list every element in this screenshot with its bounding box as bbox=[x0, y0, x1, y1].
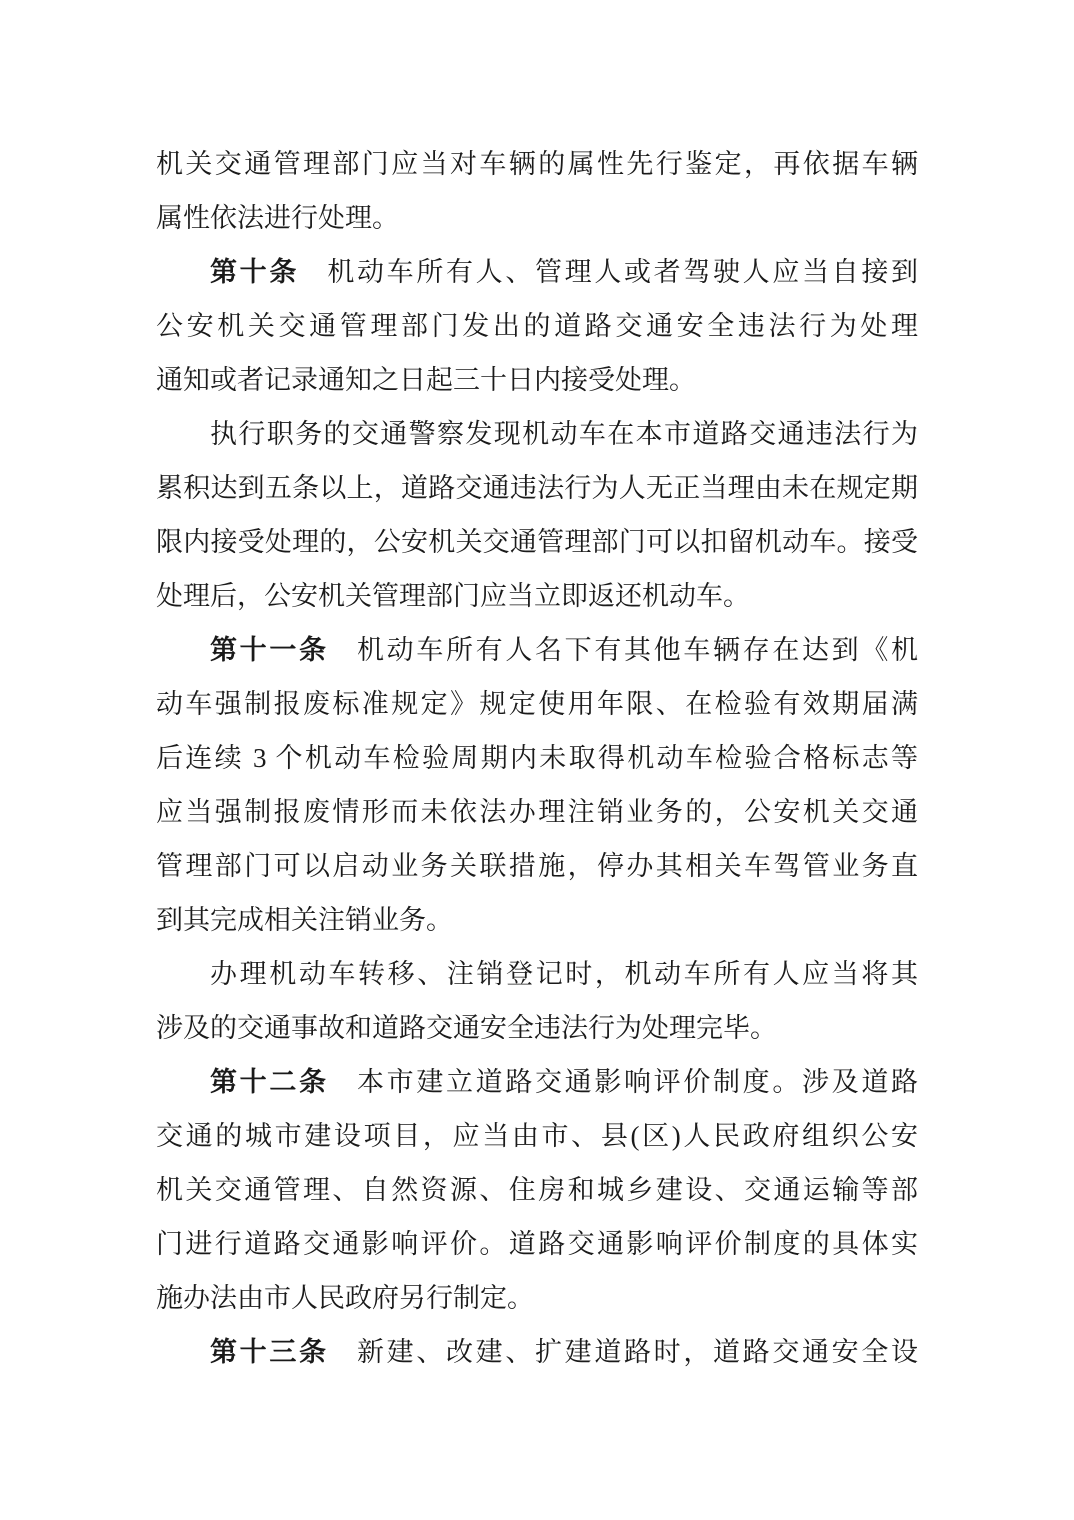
document-body: 机关交通管理部门应当对车辆的属性先行鉴定，再依据车辆属性依法进行处理。第十条机动… bbox=[156, 137, 918, 1379]
text-line: 第十二条本市建立道路交通影响评价制度。涉及道路 bbox=[156, 1055, 918, 1109]
text-line: 属性依法进行处理。 bbox=[156, 191, 918, 245]
text-line: 管理部门可以启动业务关联措施，停办其相关车驾管业务直 bbox=[156, 839, 918, 893]
text-line: 第十三条新建、改建、扩建道路时，道路交通安全设 bbox=[156, 1325, 918, 1379]
text-line: 涉及的交通事故和道路交通安全违法行为处理完毕。 bbox=[156, 1001, 918, 1055]
text-line: 限内接受处理的，公安机关交通管理部门可以扣留机动车。接受 bbox=[156, 515, 918, 569]
text-line: 办理机动车转移、注销登记时，机动车所有人应当将其 bbox=[156, 947, 918, 1001]
text-line: 公安机关交通管理部门发出的道路交通安全违法行为处理 bbox=[156, 299, 918, 353]
text-line: 机关交通管理部门应当对车辆的属性先行鉴定，再依据车辆 bbox=[156, 137, 918, 191]
article-number: 第十条 bbox=[210, 257, 299, 287]
text-line: 通知或者记录通知之日起三十日内接受处理。 bbox=[156, 353, 918, 407]
text-line: 处理后，公安机关管理部门应当立即返还机动车。 bbox=[156, 569, 918, 623]
text-line: 动车强制报废标准规定》规定使用年限、在检验有效期届满 bbox=[156, 677, 918, 731]
text-line: 第十条机动车所有人、管理人或者驾驶人应当自接到 bbox=[156, 245, 918, 299]
text-line: 机关交通管理、自然资源、住房和城乡建设、交通运输等部 bbox=[156, 1163, 918, 1217]
article-number: 第十三条 bbox=[210, 1337, 329, 1367]
text-line: 应当强制报废情形而未依法办理注销业务的，公安机关交通 bbox=[156, 785, 918, 839]
text-line: 后连续 3 个机动车检验周期内未取得机动车检验合格标志等 bbox=[156, 731, 918, 785]
text-line: 施办法由市人民政府另行制定。 bbox=[156, 1271, 918, 1325]
article-number: 第十二条 bbox=[210, 1067, 329, 1097]
text-line: 交通的城市建设项目，应当由市、县(区)人民政府组织公安 bbox=[156, 1109, 918, 1163]
text-line: 门进行道路交通影响评价。道路交通影响评价制度的具体实 bbox=[156, 1217, 918, 1271]
text-line: 第十一条机动车所有人名下有其他车辆存在达到《机 bbox=[156, 623, 918, 677]
article-number: 第十一条 bbox=[210, 635, 329, 665]
document-page: 机关交通管理部门应当对车辆的属性先行鉴定，再依据车辆属性依法进行处理。第十条机动… bbox=[0, 0, 1074, 1520]
text-line: 执行职务的交通警察发现机动车在本市道路交通违法行为 bbox=[156, 407, 918, 461]
text-line: 累积达到五条以上，道路交通违法行为人无正当理由未在规定期 bbox=[156, 461, 918, 515]
text-line: 到其完成相关注销业务。 bbox=[156, 893, 918, 947]
